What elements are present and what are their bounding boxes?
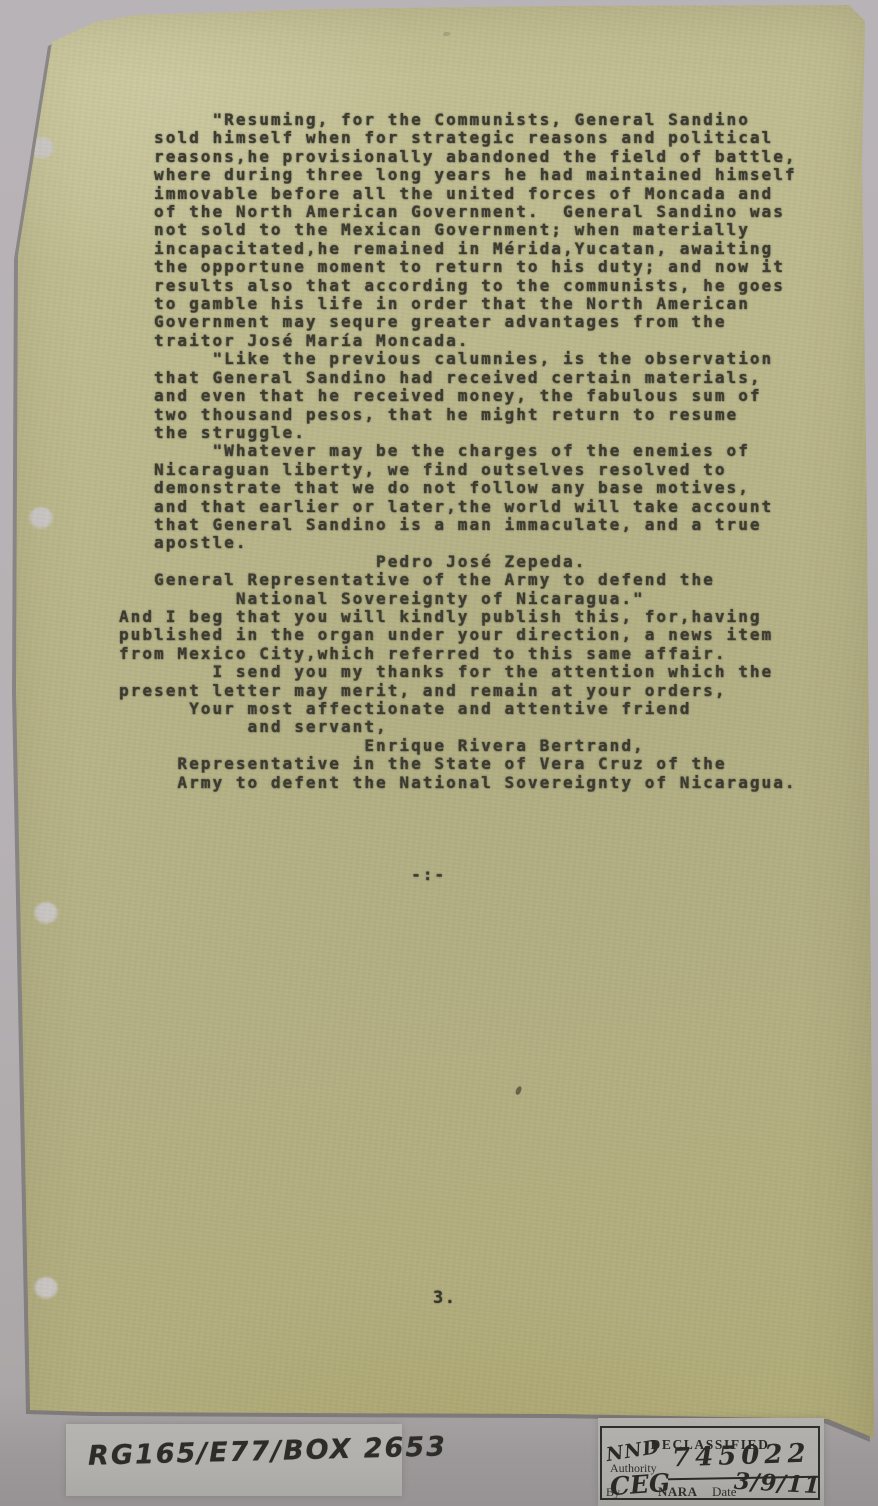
typed-line: Enrique Rivera Bertrand, (119, 737, 797, 755)
typed-line: where during three long years he had mai… (119, 166, 797, 184)
typed-line: present letter may merit, and remain at … (119, 682, 797, 700)
typed-line: Pedro José Zepeda. (119, 553, 797, 571)
typed-line: Nicaraguan liberty, we find outselves re… (119, 461, 797, 479)
typed-line: traitor José María Moncada. (119, 332, 797, 350)
typed-line (119, 847, 797, 865)
typed-line: "Resuming, for the Communists, General S… (119, 111, 797, 129)
archive-reference-handwriting: RG165/E77/BOX 2653 (88, 1431, 448, 1471)
typed-body: "Resuming, for the Communists, General S… (119, 111, 797, 884)
typed-line: Army to defent the National Sovereignty … (119, 774, 797, 792)
typed-line: incapacitated,he remained in Mérida,Yuca… (119, 240, 797, 258)
stamp-date-handwriting: 3/9/11 (733, 1468, 821, 1500)
typed-line: demonstrate that we do not follow any ba… (119, 479, 797, 497)
typed-line: -:- (119, 866, 797, 884)
declassified-stamp: DECLASSIFIED NND Authority 745022 By CEG… (600, 1426, 820, 1500)
page-number: 3. (433, 1289, 456, 1307)
typed-line: not sold to the Mexican Government; when… (119, 221, 797, 239)
typed-line: the struggle. (119, 424, 797, 442)
typed-line: two thousand pesos, that he might return… (119, 406, 797, 424)
typed-line: to gamble his life in order that the Nor… (119, 295, 797, 313)
typed-line: reasons,he provisionally abandoned the f… (119, 148, 797, 166)
archive-reference-slip: RG165/E77/BOX 2653 (66, 1424, 402, 1496)
typed-line: immovable before all the united forces o… (119, 185, 797, 203)
typed-line: National Sovereignty of Nicaragua." (119, 590, 797, 608)
declassified-stamp-slip: DECLASSIFIED NND Authority 745022 By CEG… (598, 1418, 824, 1506)
typed-line: from Mexico City,which referred to this … (119, 645, 797, 663)
typed-line: the opportune moment to return to his du… (119, 258, 797, 276)
typed-line: of the North American Government. Genera… (119, 203, 797, 221)
typed-line: and even that he received money, the fab… (119, 387, 797, 405)
typed-line: and servant, (119, 718, 797, 736)
typed-line: I send you my thanks for the attention w… (119, 663, 797, 681)
typed-line: that General Sandino had received certai… (119, 369, 797, 387)
typed-line: General Representative of the Army to de… (119, 571, 797, 589)
stamp-nara-label: NARA (658, 1484, 698, 1500)
typed-line: "Like the previous calumnies, is the obs… (119, 350, 797, 368)
punch-hole (34, 1277, 58, 1299)
typed-line: that General Sandino is a man immaculate… (119, 516, 797, 534)
typed-line (119, 792, 797, 810)
punch-hole (29, 507, 53, 529)
typed-line (119, 829, 797, 847)
typed-line: sold himself when for strategic reasons … (119, 129, 797, 147)
typed-line: apostle. (119, 534, 797, 552)
punch-hole (34, 902, 58, 924)
typed-line: And I beg that you will kindly publish t… (119, 608, 797, 626)
typed-line: Representative in the State of Vera Cruz… (119, 755, 797, 773)
document-page: "Resuming, for the Communists, General S… (0, 0, 878, 1506)
typed-line: Your most affectionate and attentive fri… (119, 700, 797, 718)
typed-line (119, 810, 797, 828)
typed-line: Government may sequre greater advantages… (119, 313, 797, 331)
typed-line: and that earlier or later,the world will… (119, 498, 797, 516)
ink-speck (515, 1085, 523, 1095)
typed-line: published in the organ under your direct… (119, 626, 797, 644)
typed-line: results also that according to the commu… (119, 277, 797, 295)
scanned-document: "Resuming, for the Communists, General S… (0, 0, 878, 1506)
typed-line: "Whatever may be the charges of the enem… (119, 442, 797, 460)
ink-speck (443, 32, 450, 36)
